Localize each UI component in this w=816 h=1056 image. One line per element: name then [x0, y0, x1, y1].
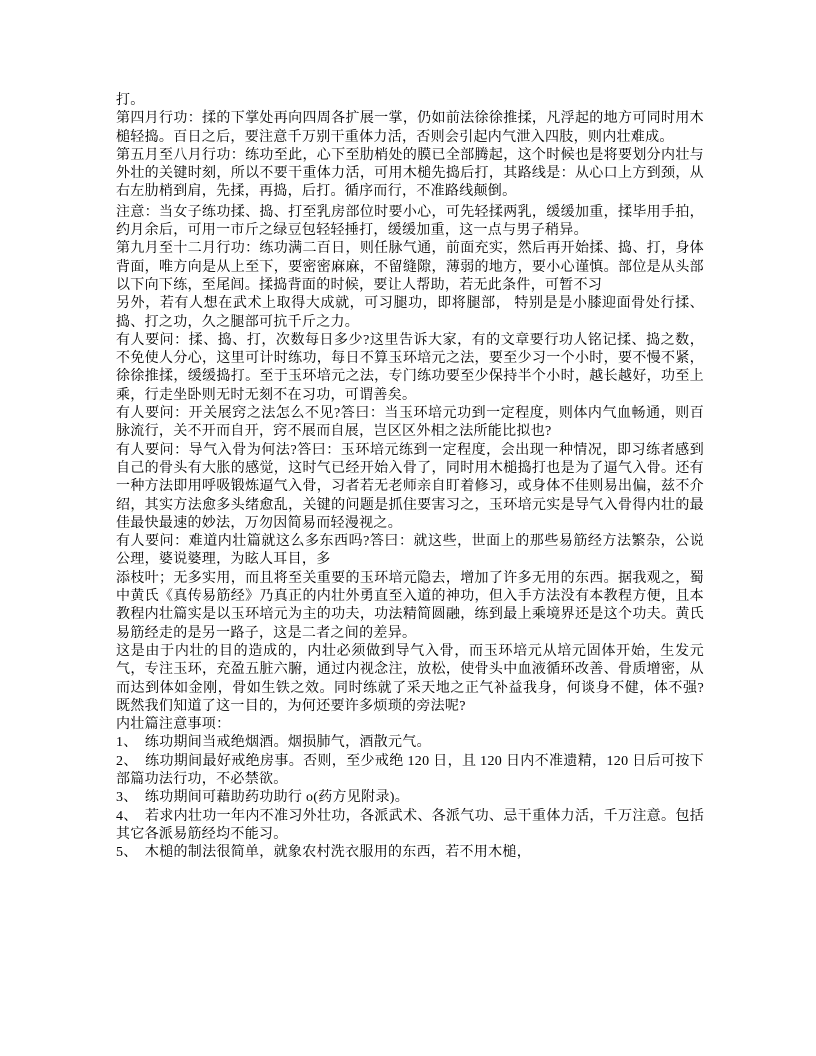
paragraph: 有人要问：开关展窍之法怎么不见?答曰：当玉环培元功到一定程度，则体内气血畅通，则…: [116, 405, 704, 442]
paragraph: 打。: [116, 92, 704, 110]
document-page: 打。 第四月行功：揉的下掌处再向四周各扩展一掌，仍如前法徐徐推揉，凡浮起的地方可…: [0, 0, 816, 1056]
list-item: 5、 木槌的制法很简单，就象农村洗衣服用的东西，若不用木槌，: [116, 844, 704, 862]
paragraph: 第五月至八月行功：练功至此，心下至肋梢处的膜已全部腾起，这个时候也是将要划分内壮…: [116, 147, 704, 202]
paragraph: 有人要问：难道内壮篇就这么多东西吗?答曰：就这些，世面上的那些易筋经方法繁杂，公…: [116, 533, 704, 570]
paragraph: 另外，若有人想在武术上取得大成就，可习腿功，即将腿部， 特别是是小膝迎面骨处行揉…: [116, 295, 704, 332]
paragraph: 注意：当女子练功揉、捣、打至乳房部位时要小心，可先轻揉两乳，缓缓加重，揉毕用手拍…: [116, 204, 704, 241]
paragraph: 这是由于内壮的目的造成的，内壮必须做到导气入骨，而玉环培元从培元固体开始，生发元…: [116, 643, 704, 716]
list-item: 1、 练功期间当戒绝烟酒。烟损肺气，酒散元气。: [116, 734, 704, 752]
paragraph: 内壮篇注意事项：: [116, 716, 704, 734]
paragraph: 第四月行功：揉的下掌处再向四周各扩展一掌，仍如前法徐徐推揉，凡浮起的地方可同时用…: [116, 110, 704, 147]
list-item: 3、 练功期间可藉助药功助行 o(药方见附录)。: [116, 789, 704, 807]
document-body: 打。 第四月行功：揉的下掌处再向四周各扩展一掌，仍如前法徐徐推揉，凡浮起的地方可…: [116, 92, 704, 862]
paragraph: 添枝叶；无多实用，而且将至关重要的玉环培元隐去，增加了许多无用的东西。据我观之，…: [116, 570, 704, 643]
list-item: 2、 练功期间最好戒绝房事。否则，至少戒绝 120 日，且 120 日内不准遗精…: [116, 753, 704, 790]
paragraph: 有人要问：导气入骨为何法?答曰：玉环培元练到一定程度，会出现一种情况，即习练者感…: [116, 442, 704, 533]
paragraph: 第九月至十二月行功：练功满二百日，则任脉气通，前面充实，然后再开始揉、捣、打，身…: [116, 240, 704, 295]
list-item: 4、 若求内壮功一年内不准习外壮功，各派武术、各派气功、忌干重体力活，千万注意。…: [116, 808, 704, 845]
paragraph: 有人要问：揉、捣、打，次数每日多少?这里告诉大家，有的文章要行功人铭记揉、捣之数…: [116, 332, 704, 405]
